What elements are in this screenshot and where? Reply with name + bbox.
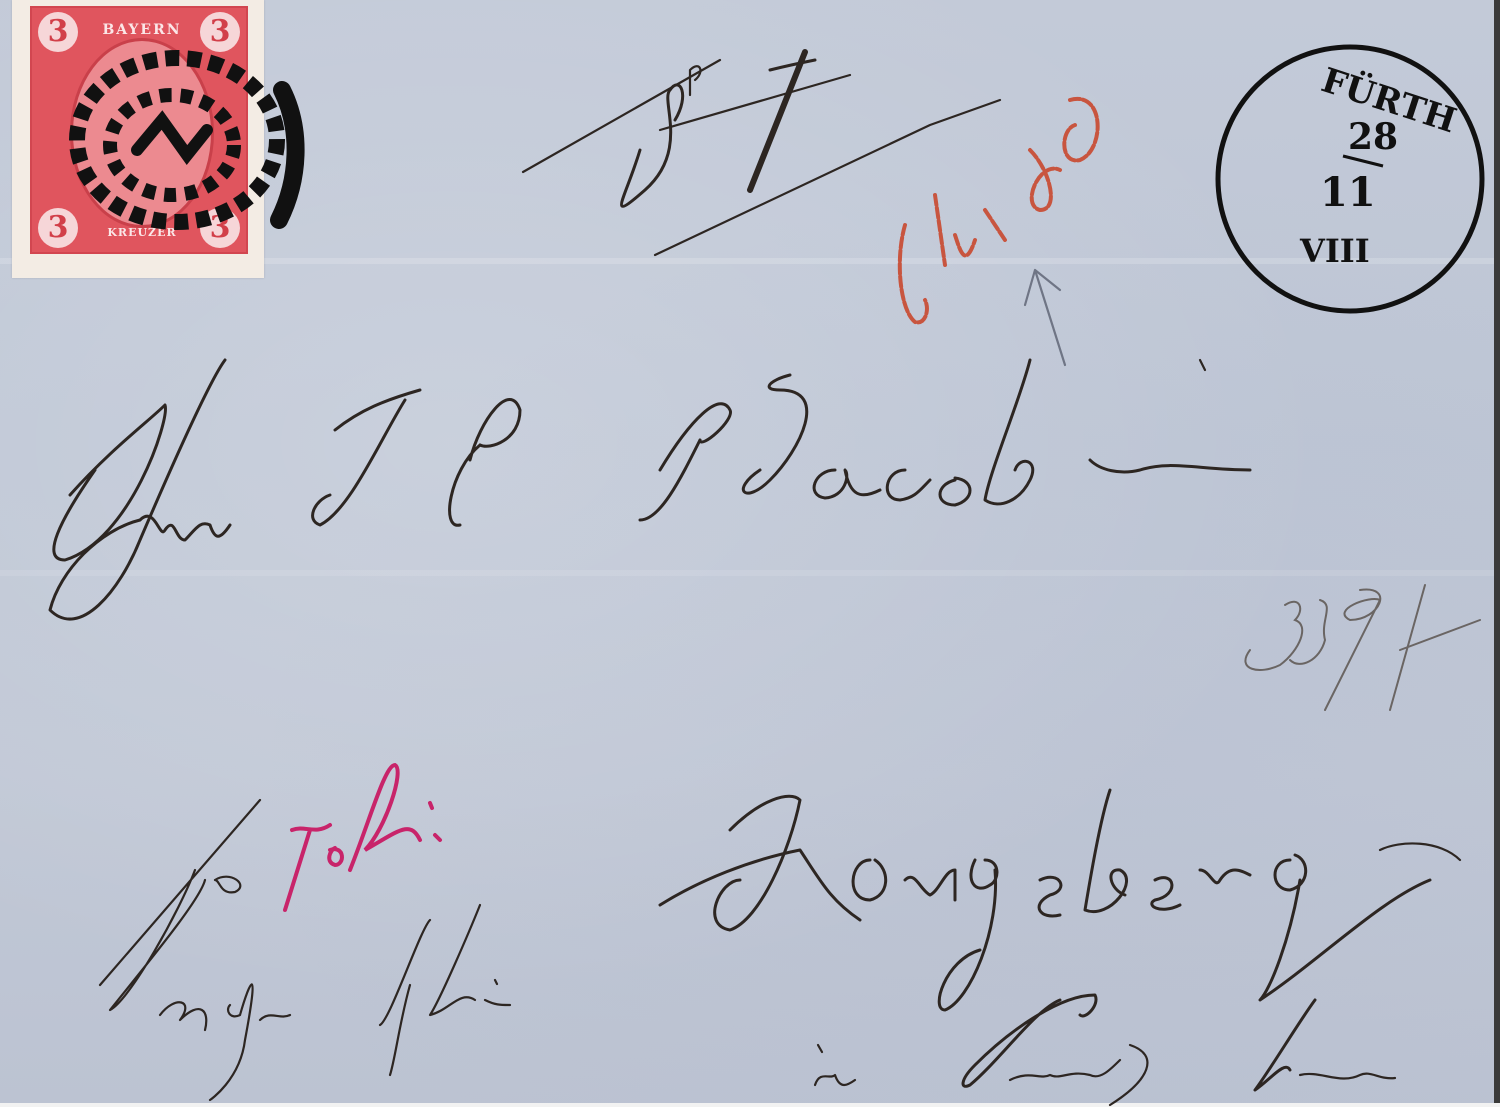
docket-number [523, 52, 1000, 255]
magenta-marking [285, 765, 440, 910]
charge-marking [900, 99, 1098, 323]
pencil-number [1245, 585, 1480, 710]
region-script [815, 995, 1395, 1105]
postal-cover: BAYERN KREUZER 3 3 3 3 FÜRTH 28 11 VIII [0, 0, 1500, 1107]
addressee-name-script [50, 360, 1250, 619]
handwriting-layer [0, 0, 1500, 1107]
franco-marking [100, 800, 260, 1010]
arrow-up-icon [1025, 270, 1065, 365]
city-script [660, 790, 1460, 1010]
lower-note [160, 905, 510, 1100]
